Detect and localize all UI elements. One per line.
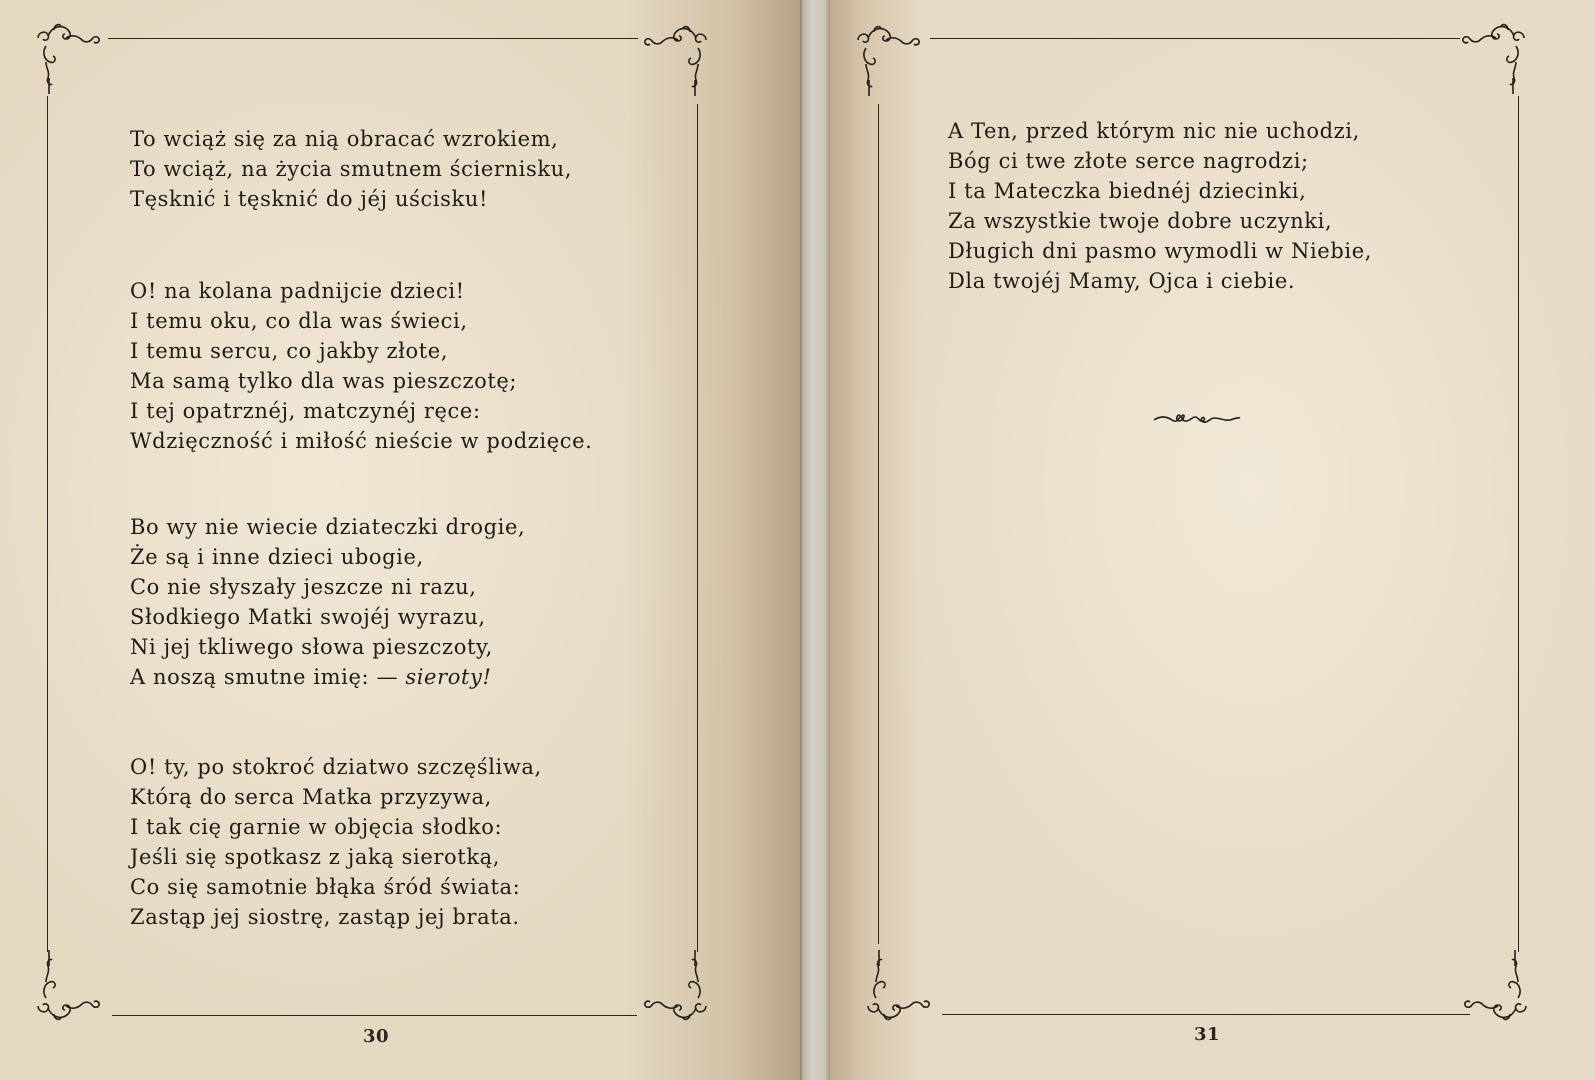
book-spread: To wciąż się za nią obracać wzrokiem, To… — [0, 0, 1595, 1080]
frame-left-rule — [47, 96, 48, 952]
corner-ornament-icon — [632, 948, 712, 1028]
stanza: A Ten, przed którym nic nie uchodzi, Bóg… — [948, 116, 1372, 296]
page-number: 31 — [1194, 1024, 1220, 1045]
frame-bottom-rule — [112, 1015, 637, 1016]
emphasized-word: sieroty! — [405, 665, 491, 689]
verse-line: Co nie słyszały jeszcze ni razu, — [130, 572, 525, 602]
verse-line: Że są i inne dzieci ubogie, — [130, 542, 525, 572]
corner-ornament-icon — [1452, 948, 1532, 1028]
stanza: O! ty, po stokroć dziatwo szczęśliwa, Kt… — [130, 752, 542, 932]
verse-line: Tęsknić i tęsknić do jéj uścisku! — [130, 184, 572, 214]
verse-line: To wciąż się za nią obracać wzrokiem, — [130, 124, 572, 154]
stanza: O! na kolana padnijcie dzieci! I temu ok… — [130, 276, 592, 456]
verse-line: Bóg ci twe złote serce nagrodzi; — [948, 146, 1372, 176]
corner-ornament-icon — [852, 18, 932, 98]
verse-line: Co się samotnie błąka śród świata: — [130, 872, 542, 902]
frame-right-rule — [1518, 96, 1519, 952]
verse-line: A noszą smutne imię: — sieroty! — [130, 662, 525, 692]
verse-line: Jeśli się spotkasz z jaką sierotką, — [130, 842, 542, 872]
verse-line: Za wszystkie twoje dobre uczynki, — [948, 206, 1372, 236]
frame-top-rule — [930, 38, 1460, 39]
corner-ornament-icon — [32, 16, 112, 96]
verse-line: Długich dni pasmo wymodli w Niebie, — [948, 236, 1372, 266]
corner-ornament-icon — [32, 948, 112, 1028]
verse-line: To wciąż, na życia smutnem ściernisku, — [130, 154, 572, 184]
verse-line: Ma samą tylko dla was pieszczotę; — [130, 366, 592, 396]
corner-ornament-icon — [862, 948, 942, 1028]
stanza: Bo wy nie wiecie dziateczki drogie, Że s… — [130, 512, 525, 692]
verse-line: I temu oku, co dla was świeci, — [130, 306, 592, 336]
verse-line: Słodkiego Matki swojéj wyrazu, — [130, 602, 525, 632]
verse-line: O! ty, po stokroć dziatwo szczęśliwa, — [130, 752, 542, 782]
book-spine — [800, 0, 830, 1080]
frame-left-rule — [878, 104, 879, 944]
frame-top-rule — [108, 38, 638, 39]
verse-text: A noszą smutne imię: — — [130, 665, 398, 689]
left-page: To wciąż się za nią obracać wzrokiem, To… — [0, 0, 800, 1080]
frame-right-rule — [697, 104, 698, 952]
verse-line: I tak cię garnie w objęcia słodko: — [130, 812, 542, 842]
verse-line: Dla twojéj Mamy, Ojca i ciebie. — [948, 266, 1372, 296]
verse-line: A Ten, przed którym nic nie uchodzi, — [948, 116, 1372, 146]
verse-line: Zastąp jej siostrę, zastąp jej brata. — [130, 902, 542, 932]
verse-line: Wdzięczność i miłość nieście w podzięce. — [130, 426, 592, 456]
flourish-ornament-icon — [1152, 408, 1244, 436]
right-page: A Ten, przed którym nic nie uchodzi, Bóg… — [830, 0, 1595, 1080]
stanza: To wciąż się za nią obracać wzrokiem, To… — [130, 124, 572, 214]
corner-ornament-icon — [632, 18, 712, 98]
verse-line: I temu sercu, co jakby złote, — [130, 336, 592, 366]
verse-line: I tej opatrznéj, matczynéj ręce: — [130, 396, 592, 426]
corner-ornament-icon — [1450, 16, 1530, 96]
frame-bottom-rule — [942, 1014, 1470, 1015]
verse-line: Bo wy nie wiecie dziateczki drogie, — [130, 512, 525, 542]
verse-line: I ta Mateczka biednéj dziecinki, — [948, 176, 1372, 206]
verse-line: O! na kolana padnijcie dzieci! — [130, 276, 592, 306]
verse-line: Którą do serca Matka przyzywa, — [130, 782, 542, 812]
verse-line: Ni jej tkliwego słowa pieszczoty, — [130, 632, 525, 662]
page-number: 30 — [363, 1026, 389, 1047]
